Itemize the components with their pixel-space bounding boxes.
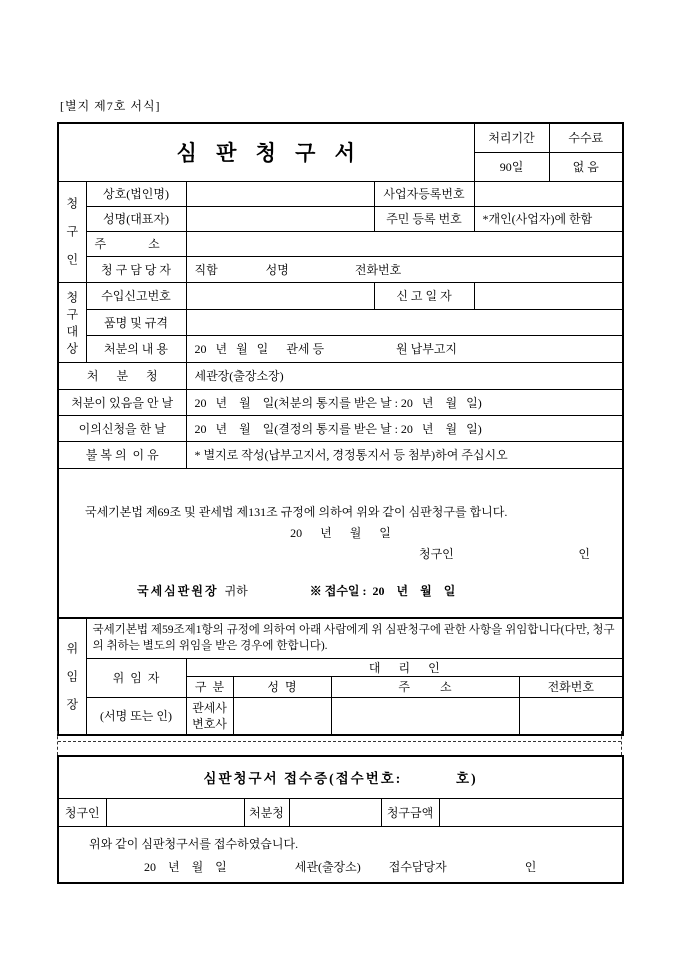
appeal-reason-note: * 별지로 작성(납부고지서, 경정통지서 등 첨부)하여 주십시오 [186, 441, 623, 468]
delegation-section-label: 위임장 [58, 618, 86, 735]
biz-reg-no-label: 사업자등록번호 [374, 181, 474, 206]
disposal-content-field[interactable]: 20 년 월 일 관세 등 원 납부고지 [186, 335, 623, 362]
receipt-amount-field[interactable] [439, 798, 623, 826]
company-name-field[interactable] [186, 181, 374, 206]
appeal-reason-label: 불 복 의 이 유 [58, 441, 186, 468]
agent-col-phone: 전화번호 [519, 676, 623, 697]
receipt-footer-date: 20 년 월 일 [144, 858, 227, 875]
agent-name-field[interactable] [233, 697, 331, 735]
fee-label: 수수료 [549, 123, 623, 152]
import-declaration-no-field[interactable] [186, 282, 374, 309]
agent-col-name: 성 명 [233, 676, 331, 697]
known-date-field[interactable]: 20 년 월 일(처분의 통지를 받은 날 : 20 년 월 일) [186, 389, 623, 415]
claimant-section-label: 청구인 [58, 181, 86, 282]
delegator-label: 위 임 자 [86, 658, 186, 697]
form-page: [별지 제7호 서식] 심 판 청 구 서 처리기간 수수료 90일 없 음 청… [0, 0, 680, 962]
item-spec-label: 품명 및 규격 [86, 309, 186, 335]
objection-date-field[interactable]: 20 년 월 일(결정의 통지를 받은 날 : 20 년 월 일) [186, 415, 623, 441]
resident-no-label: 주민 등록 번호 [374, 206, 474, 231]
agent-address-field[interactable] [331, 697, 519, 735]
receipt-agency-label: 처분청 [244, 798, 289, 826]
receipt-amount-label: 청구금액 [381, 798, 439, 826]
receipt-claimant-field[interactable] [106, 798, 244, 826]
receipt-title: 심판청구서 접수증(접수번호: 호) [58, 756, 623, 798]
agent-phone-field[interactable] [519, 697, 623, 735]
delegator-sign-label: (서명 또는 인) [86, 697, 186, 735]
resident-no-note: *개인(사업자)에 한함 [474, 206, 623, 231]
statement-block: 국세기본법 제69조 및 관세법 제131조 규정에 의하여 위와 같이 심판청… [58, 468, 623, 618]
receipt-date-note: ※ 접수일 : 20 년 월 일 [310, 582, 456, 599]
contact-person-fields[interactable]: 직함 성명 전화번호 [186, 256, 623, 282]
statement-seal-label: 인 [578, 545, 590, 562]
agent-type-customs-broker: 관세사 [189, 700, 231, 716]
delegation-paragraph: 국세기본법 제59조제1항의 규정에 의하여 아래 사람에게 위 심판청구에 관… [86, 618, 623, 658]
import-declaration-no-label: 수입신고번호 [86, 282, 186, 309]
form-note: [별지 제7호 서식] [60, 97, 161, 114]
declaration-date-field[interactable] [474, 282, 623, 309]
disposal-content-label: 처분의 내 용 [86, 335, 186, 362]
agent-col-type: 구 분 [186, 676, 233, 697]
cut-zone [57, 731, 622, 755]
biz-reg-no-field[interactable] [474, 181, 623, 206]
receipt-footer-office: 세관(출장소) [295, 858, 361, 875]
statement-date[interactable]: 20 년 월 일 [59, 520, 622, 541]
address-label: 주 소 [86, 231, 186, 256]
addressee-name: 국세심판원장 [137, 582, 219, 599]
agent-header: 대 리 인 [186, 658, 623, 676]
form-title: 심 판 청 구 서 [58, 123, 474, 181]
delegation-table: 위임장 국세기본법 제59조제1항의 규정에 의하여 아래 사람에게 위 심판청… [57, 617, 624, 736]
addressee-suffix: 귀하 [225, 582, 248, 599]
disposal-agency-field[interactable]: 세관장(출장소장) [186, 362, 623, 389]
fee-value: 없 음 [549, 152, 623, 181]
agent-type-lawyer: 변호사 [189, 716, 231, 732]
receipt-footer: 위와 같이 심판청구서를 접수하였습니다. 20 년 월 일 세관(출장소) 접… [58, 826, 623, 883]
item-spec-field[interactable] [186, 309, 623, 335]
receipt-footer-handler: 접수담당자 [389, 858, 447, 875]
processing-time-value: 90일 [474, 152, 549, 181]
receipt-agency-field[interactable] [289, 798, 381, 826]
receipt-footer-seal: 인 [525, 858, 537, 875]
processing-time-label: 처리기간 [474, 123, 549, 152]
address-field[interactable] [186, 231, 623, 256]
subject-section-label: 청구대상 [58, 282, 86, 362]
company-name-label: 상호(법인명) [86, 181, 186, 206]
agent-type-options: 관세사 변호사 [186, 697, 233, 735]
known-date-label: 처분이 있음을 안 날 [58, 389, 186, 415]
receipt-footer-text: 위와 같이 심판청구서를 접수하였습니다. [59, 835, 622, 852]
statement-text: 국세기본법 제69조 및 관세법 제131조 규정에 의하여 위와 같이 심판청… [59, 469, 622, 520]
disposal-agency-label: 처 분 청 [58, 362, 186, 389]
objection-date-label: 이의신청을 한 날 [58, 415, 186, 441]
receipt-table: 심판청구서 접수증(접수번호: 호) 청구인 처분청 청구금액 위와 같이 심판… [57, 755, 624, 884]
main-form-table: 심 판 청 구 서 처리기간 수수료 90일 없 음 청구인 상호(법인명) 사… [57, 122, 624, 619]
representative-name-field[interactable] [186, 206, 374, 231]
statement-claimant-label: 청구인 [419, 545, 454, 562]
agent-col-address: 주 소 [331, 676, 519, 697]
declaration-date-label: 신 고 일 자 [374, 282, 474, 309]
receipt-claimant-label: 청구인 [58, 798, 106, 826]
dashed-cut-line [58, 741, 621, 742]
representative-name-label: 성명(대표자) [86, 206, 186, 231]
contact-person-label: 청 구 담 당 자 [86, 256, 186, 282]
